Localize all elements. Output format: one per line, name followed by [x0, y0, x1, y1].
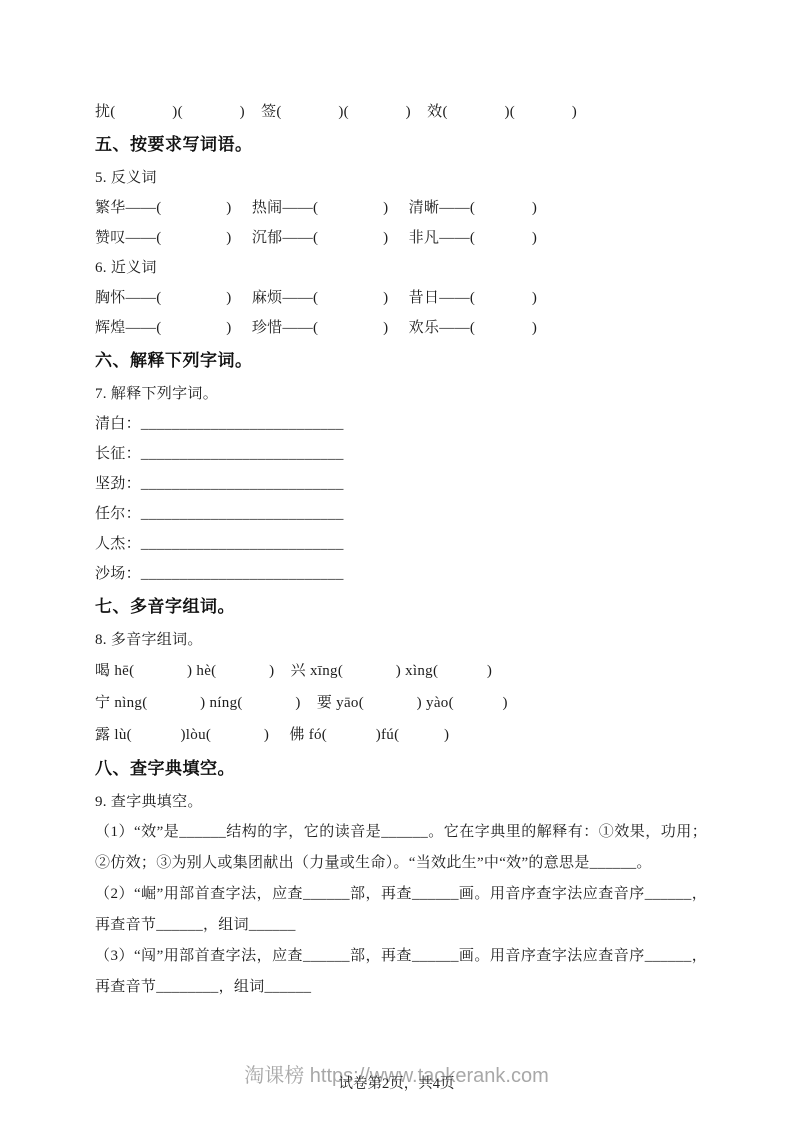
- definition-line: 长征：__________________________: [95, 439, 707, 469]
- question-9-label: 9. 查字典填空。: [95, 787, 707, 817]
- definition-line: 任尔：__________________________: [95, 499, 707, 529]
- polyphone-row: 宁 nìng( ) níng( ) 要 yāo( ) yào( ): [95, 687, 707, 719]
- definition-line: 沙场：__________________________: [95, 559, 707, 589]
- section-8-heading: 八、查字典填空。: [95, 751, 707, 787]
- antonym-row: 赞叹——( ) 沉郁——( ) 非凡——( ): [95, 223, 707, 253]
- polyphone-row: 喝 hē( ) hè( ) 兴 xīng( ) xìng( ): [95, 655, 707, 687]
- page-number-text: 试卷第2页，共4页: [0, 1072, 793, 1093]
- section-7-heading: 七、多音字组词。: [95, 589, 707, 625]
- page-content: 扰( )( ) 签( )( ) 效( )( ) 五、按要求写词语。 5. 反义词…: [0, 0, 793, 1003]
- question-8-label: 8. 多音字组词。: [95, 625, 707, 655]
- question-6-label: 6. 近义词: [95, 253, 707, 283]
- section-5-heading: 五、按要求写词语。: [95, 127, 707, 163]
- polyphone-row: 露 lù( )lòu( ) 佛 fó( )fú( ): [95, 719, 707, 751]
- definition-line: 坚劲：__________________________: [95, 469, 707, 499]
- synonym-row: 胸怀——( ) 麻烦——( ) 昔日——( ): [95, 283, 707, 313]
- definition-line: 人杰：__________________________: [95, 529, 707, 559]
- page-footer: 淘课榜 https://www.taokerank.com 试卷第2页，共4页: [0, 1042, 793, 1122]
- exam-paper-page: { "colors": { "text": "#1c1c1c", "waterm…: [0, 0, 793, 1122]
- dictionary-question: （3）“闯”用部首查字法，应查______部，再查______画。用音序查字法应…: [95, 941, 707, 1003]
- definition-line: 清白：__________________________: [95, 409, 707, 439]
- section-6-heading: 六、解释下列字词。: [95, 343, 707, 379]
- question-5-label: 5. 反义词: [95, 163, 707, 193]
- synonym-row: 辉煌——( ) 珍惜——( ) 欢乐——( ): [95, 313, 707, 343]
- antonym-row: 繁华——( ) 热闹——( ) 清晰——( ): [95, 193, 707, 223]
- dictionary-question: （2）“崛”用部首查字法，应查______部，再查______画。用音序查字法应…: [95, 879, 707, 941]
- dictionary-question: （1）“效”是______结构的字，它的读音是______。它在字典里的解释有：…: [95, 817, 707, 879]
- character-fill-line: 扰( )( ) 签( )( ) 效( )( ): [95, 97, 707, 127]
- question-7-label: 7. 解释下列字词。: [95, 379, 707, 409]
